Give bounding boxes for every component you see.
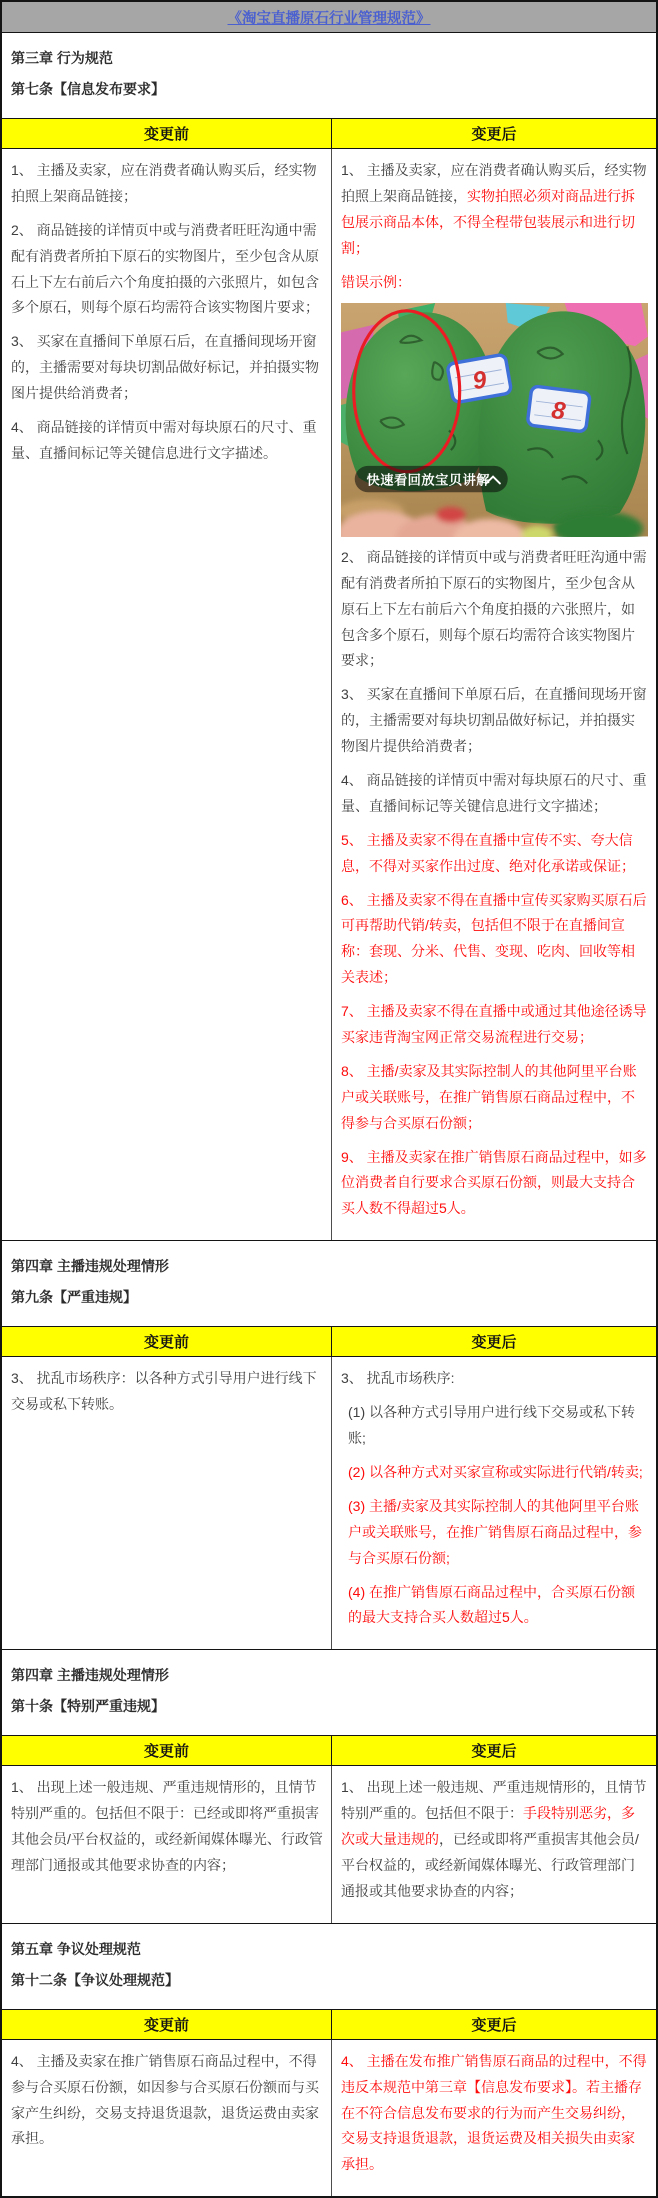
after-item: 6、 主播及卖家不得在直播中宣传买家购买原石后可再帮助代销/转卖，包括但不限于在…	[341, 888, 648, 992]
column-header-after: 变更后	[332, 119, 656, 148]
after-item: 4、 主播在发布推广销售原石商品的过程中，不得违反本规范中第三章【信息发布要求】…	[341, 2049, 648, 2178]
before-item: 4、 商品链接的详情页中需对每块原石的尺寸、重量、直播间标记等关键信息进行文字描…	[11, 415, 323, 467]
after-subitem: (4) 在推广销售原石商品过程中，合买原石份额的最大支持合买人数超过5人。	[341, 1580, 648, 1632]
column-header-before: 变更前	[2, 1736, 332, 1765]
after-item: 5、 主播及卖家不得在直播中宣传不实、夸大信息，不得对买家作出过度、绝对化承诺或…	[341, 828, 648, 880]
section-1-column-headers: 变更前 变更后	[2, 119, 656, 149]
section-1-comparison-row: 1、 主播及卖家，应在消费者确认购买后，经实物拍照上架商品链接； 2、 商品链接…	[2, 149, 656, 1241]
label-8-sticker: 8	[527, 386, 590, 432]
section-4-comparison-row: 4、 主播及卖家在推广销售原石商品过程中，不得参与合买原石份额，如因参与合买原石…	[2, 2040, 656, 2196]
article-heading: 第九条【严重违规】	[11, 1287, 647, 1307]
chapter-heading: 第五章 争议处理规范	[11, 1939, 647, 1959]
section-2-column-headers: 变更前 变更后	[2, 1327, 656, 1357]
column-header-before: 变更前	[2, 2010, 332, 2039]
after-item: 8、 主播/卖家及其实际控制人的其他阿里平台账户或关联账号，在推广销售原石商品过…	[341, 1059, 648, 1137]
section-1-headings: 第三章 行为规范 第七条【信息发布要求】	[2, 33, 656, 119]
section-3-comparison-row: 1、 出现上述一般违规、严重违规情形的，且情节特别严重的。包括但不限于：已经或即…	[2, 1766, 656, 1923]
before-item: 4、 主播及卖家在推广销售原石商品过程中，不得参与合买原石份额，如因参与合买原石…	[11, 2049, 323, 2153]
column-header-before: 变更前	[2, 1327, 332, 1356]
error-example-label: 错误示例：	[341, 270, 648, 296]
error-example-photo: 9 8	[341, 303, 648, 536]
before-cell: 3、 扰乱市场秩序：以各种方式引导用户进行线下交易或私下转账。	[2, 1357, 332, 1649]
after-item: 7、 主播及卖家不得在直播中或通过其他途径诱导买家违背淘宝网正常交易流程进行交易…	[341, 999, 648, 1051]
chapter-heading: 第三章 行为规范	[11, 48, 647, 68]
after-subitem: (1) 以各种方式引导用户进行线下交易或私下转账;	[341, 1400, 648, 1452]
article-heading: 第十二条【争议处理规范】	[11, 1970, 647, 1990]
after-subitem: (2) 以各种方式对买家宣称或实际进行代销/转卖;	[341, 1460, 648, 1486]
after-item: 3、 买家在直播间下单原石后，在直播间现场开窗的，主播需要对每块切割品做好标记，…	[341, 682, 648, 760]
after-cell: 4、 主播在发布推广销售原石商品的过程中，不得违反本规范中第三章【信息发布要求】…	[332, 2040, 656, 2196]
section-4-column-headers: 变更前 变更后	[2, 2010, 656, 2040]
before-cell: 1、 主播及卖家，应在消费者确认购买后，经实物拍照上架商品链接； 2、 商品链接…	[2, 149, 332, 1240]
section-3-column-headers: 变更前 变更后	[2, 1736, 656, 1766]
before-item: 3、 扰乱市场秩序：以各种方式引导用户进行线下交易或私下转账。	[11, 1366, 323, 1418]
column-header-before: 变更前	[2, 119, 332, 148]
wrapped-stones-photo: 9 8	[341, 303, 648, 536]
section-4-headings: 第五章 争议处理规范 第十二条【争议处理规范】	[2, 1924, 656, 2010]
column-header-after: 变更后	[332, 2010, 656, 2039]
section-2-headings: 第四章 主播违规处理情形 第九条【严重违规】	[2, 1241, 656, 1327]
before-item: 3、 买家在直播间下单原石后，在直播间现场开窗的，主播需要对每块切割品做好标记，…	[11, 329, 323, 407]
chapter-heading: 第四章 主播违规处理情形	[11, 1256, 647, 1276]
chapter-heading: 第四章 主播违规处理情形	[11, 1665, 647, 1685]
after-item: 2、 商品链接的详情页中或与消费者旺旺沟通中需配有消费者所拍下原石的实物图片，至…	[341, 545, 648, 674]
after-subitem: (3) 主播/卖家及其实际控制人的其他阿里平台账户或关联账号，在推广销售原石商品…	[341, 1494, 648, 1572]
replay-pill: 快速看回放宝贝讲解	[355, 466, 508, 492]
replay-pill-label: 快速看回放宝贝讲解	[367, 472, 491, 488]
before-item: 2、 商品链接的详情页中或与消费者旺旺沟通中需配有消费者所拍下原石的实物图片，至…	[11, 218, 323, 322]
article-heading: 第十条【特别严重违规】	[11, 1696, 647, 1716]
section-2-comparison-row: 3、 扰乱市场秩序：以各种方式引导用户进行线下交易或私下转账。 3、 扰乱市场秩…	[2, 1357, 656, 1650]
article-heading: 第七条【信息发布要求】	[11, 79, 647, 99]
after-cell: 1、 主播及卖家，应在消费者确认购买后，经实物拍照上架商品链接，实物拍照必须对商…	[332, 149, 656, 1240]
title-bar: 《淘宝直播原石行业管理规范》	[2, 2, 656, 33]
after-item: 3、 扰乱市场秩序:	[341, 1366, 648, 1392]
document-title-link[interactable]: 《淘宝直播原石行业管理规范》	[228, 7, 431, 28]
before-cell: 4、 主播及卖家在推广销售原石商品过程中，不得参与合买原石份额，如因参与合买原石…	[2, 2040, 332, 2196]
before-item: 1、 出现上述一般违规、严重违规情形的，且情节特别严重的。包括但不限于：已经或即…	[11, 1775, 323, 1879]
after-cell: 1、 出现上述一般违规、严重违规情形的，且情节特别严重的。包括但不限于：手段特别…	[332, 1766, 656, 1922]
regulation-document: 《淘宝直播原石行业管理规范》 第三章 行为规范 第七条【信息发布要求】 变更前 …	[0, 0, 658, 2198]
after-item: 9、 主播及卖家在推广销售原石商品过程中，如多位消费者自行要求合买原石份额，则最…	[341, 1145, 648, 1223]
column-header-after: 变更后	[332, 1327, 656, 1356]
section-3-headings: 第四章 主播违规处理情形 第十条【特别严重违规】	[2, 1650, 656, 1736]
after-item: 1、 出现上述一般违规、严重违规情形的，且情节特别严重的。包括但不限于：手段特别…	[341, 1775, 648, 1904]
column-header-after: 变更后	[332, 1736, 656, 1765]
before-cell: 1、 出现上述一般违规、严重违规情形的，且情节特别严重的。包括但不限于：已经或即…	[2, 1766, 332, 1922]
after-item: 1、 主播及卖家，应在消费者确认购买后，经实物拍照上架商品链接，实物拍照必须对商…	[341, 158, 648, 262]
after-cell: 3、 扰乱市场秩序: (1) 以各种方式引导用户进行线下交易或私下转账; (2)…	[332, 1357, 656, 1649]
after-item: 4、 商品链接的详情页中需对每块原石的尺寸、重量、直播间标记等关键信息进行文字描…	[341, 768, 648, 820]
before-item: 1、 主播及卖家，应在消费者确认购买后，经实物拍照上架商品链接；	[11, 158, 323, 210]
